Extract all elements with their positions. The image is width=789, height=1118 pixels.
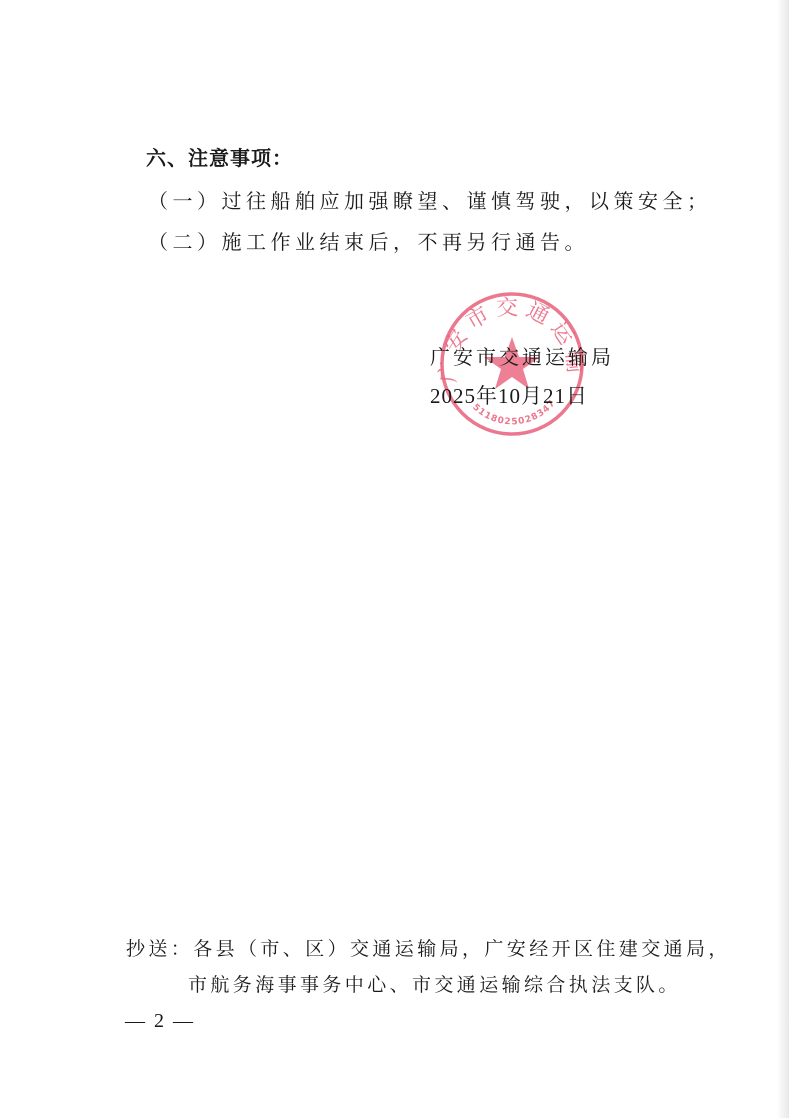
signature-date: 2025年10月21日 [430,380,588,410]
cc-line-1: 抄送：各县（市、区）交通运输局，广安经开区住建交通局， [126,934,731,961]
section-heading: 六、注意事项： [146,142,293,171]
page-edge-shadow [777,0,789,1118]
cc-line-2: 市航务海事事务中心、市交通运输综合执法支队。 [188,970,681,997]
signature-organization: 广安市交通运输局 [430,341,614,370]
notice-item-1: （一）过往船舶应加强瞭望、谨慎驾驶，以策安全； [148,185,712,214]
notice-item-2: （二）施工作业结束后，不再另行通告。 [148,226,589,255]
page-number: — 2 — [125,1010,195,1033]
